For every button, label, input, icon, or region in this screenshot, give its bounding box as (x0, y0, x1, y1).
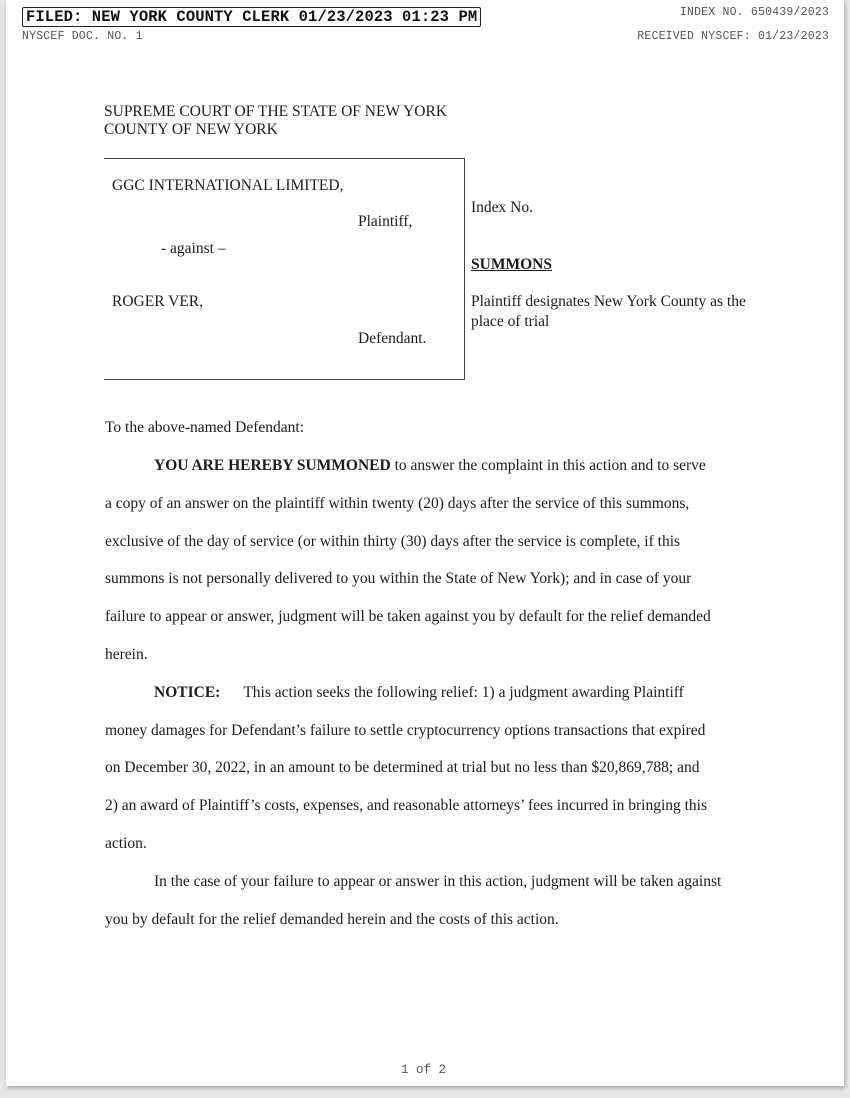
defendant-label: Defendant. (358, 330, 426, 348)
defendant-name: ROGER VER, (112, 293, 203, 311)
venue-line-2: place of trial (471, 313, 549, 331)
filed-stamp: FILED: NEW YORK COUNTY CLERK 01/23/2023 … (22, 7, 481, 27)
paragraph-default-line-2: you by default for the relief demanded h… (105, 911, 559, 929)
nyscef-doc-number: NYSCEF DOC. NO. 1 (22, 30, 143, 43)
page-indicator: 1 of 2 (401, 1063, 446, 1077)
paragraph-default-line-1: In the case of your failure to appear or… (154, 873, 721, 891)
index-no-label: Index No. (471, 199, 533, 217)
court-county: COUNTY OF NEW YORK (104, 121, 278, 139)
paragraph-summoned-line-5: failure to appear or answer, judgment wi… (105, 608, 711, 626)
paragraph-notice-line-4: 2) an award of Plaintiff’s costs, expens… (105, 797, 707, 815)
paragraph-notice-line-2: money damages for Defendant’s failure to… (105, 722, 705, 740)
paragraph-summoned-line-6: herein. (105, 646, 148, 664)
court-name: SUPREME COURT OF THE STATE OF NEW YORK (104, 103, 447, 121)
notice-bold-lead: NOTICE: (154, 684, 220, 701)
salutation: To the above-named Defendant: (105, 419, 304, 437)
venue-line-1: Plaintiff designates New York County as … (471, 293, 746, 311)
received-date: RECEIVED NYSCEF: 01/23/2023 (637, 30, 829, 43)
paragraph-summoned-line-2: a copy of an answer on the plaintiff wit… (105, 495, 689, 513)
index-number: INDEX NO. 650439/2023 (680, 6, 829, 19)
paragraph-summoned-line-4: summons is not personally delivered to y… (105, 570, 691, 588)
document-page: FILED: NEW YORK COUNTY CLERK 01/23/2023 … (6, 0, 844, 1086)
against-label: - against – (161, 240, 226, 258)
plaintiff-label: Plaintiff, (358, 213, 412, 231)
plaintiff-name: GGC INTERNATIONAL LIMITED, (112, 177, 343, 195)
paragraph-notice-line-1: NOTICE:This action seeks the following r… (154, 684, 684, 702)
summoned-bold-lead: YOU ARE HEREBY SUMMONED (154, 457, 391, 474)
paragraph-summoned-line-3: exclusive of the day of service (or with… (105, 533, 680, 551)
summons-title: SUMMONS (471, 256, 552, 274)
paragraph-notice-line-3: on December 30, 2022, in an amount to be… (105, 759, 699, 777)
paragraph-summoned-line-1: YOU ARE HEREBY SUMMONED to answer the co… (154, 457, 706, 475)
paragraph-notice-line-5: action. (105, 835, 147, 853)
